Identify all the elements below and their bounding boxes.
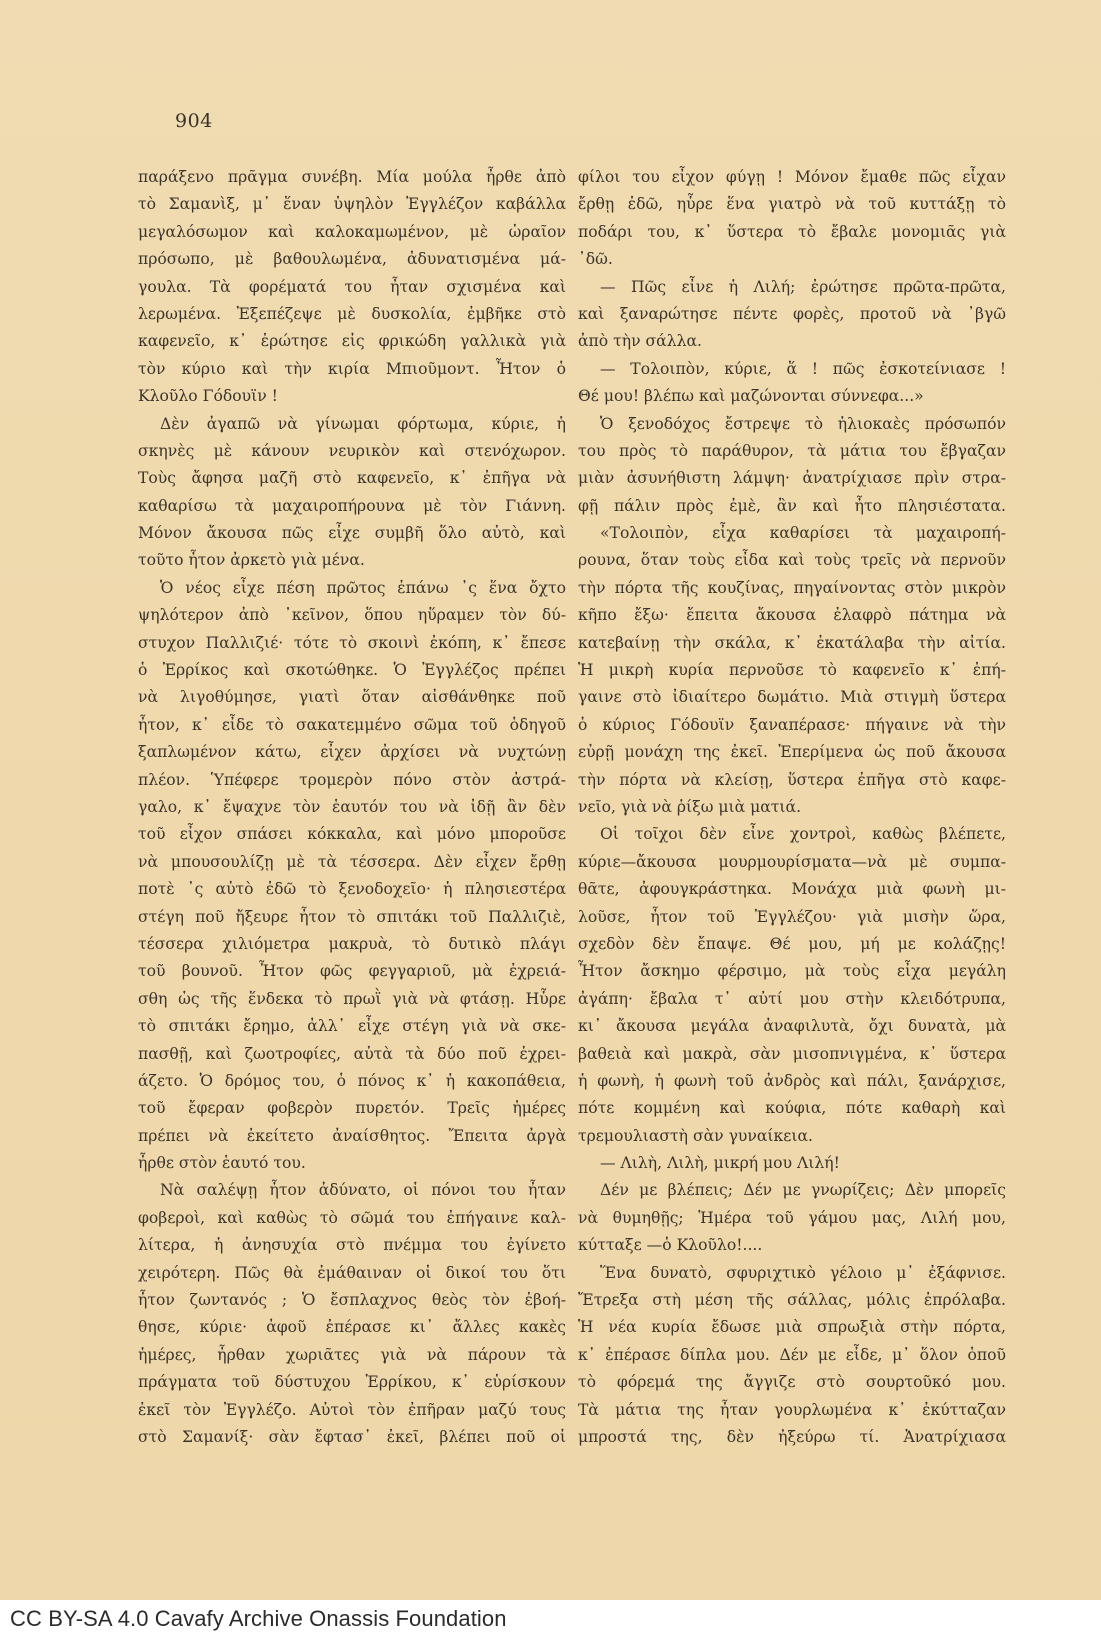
text-line: Δὲν ἀγαπῶ νὰ γίνωμαι φόρτωμα, κύριε, ἡ [138,411,566,438]
text-line: λοῦσε, ἦτον τοῦ Ἐγγλέζου· γιὰ μισὴν ὥρα, [578,904,1006,931]
text-line: πρέπει νὰ ἐκείτετο ἀναίσθητος. Ἔπειτα ἀρ… [138,1123,566,1150]
text-line: Ἕνα δυνατὸ, σφυριχτικὸ γέλοιο μ᾽ ἐξάφνισ… [578,1260,1006,1287]
text-line: τὸν κύριο καὶ τὴν κιρία Μπιοῦμοντ. Ἦτον … [138,356,566,383]
text-line: ἀπὸ τὴν σάλλα. [578,328,1006,355]
text-line: μπροστά της, δὲν ἠξεύρω τί. Ἀνατρίχιασα [578,1424,1006,1451]
page-number: 904 [175,110,213,132]
text-line: γαλο, κ᾽ ἔψαχνε τὸν ἑαυτόν του νὰ ἰδῇ ἂν… [138,794,566,821]
text-line: πασθῇ, καὶ ζωοτροφίες, αὐτὰ τὰ δύο ποῦ ἐ… [138,1041,566,1068]
text-line: Τὰ μάτια της ἦταν γουρλωμένα κ᾽ ἐκύτταζα… [578,1397,1006,1424]
text-line: — Τολοιπὸν, κύριε, ἅ ! πῶς ἐσκοτείνιασε … [578,356,1006,383]
text-line: φοβεροὶ, καὶ καθὼς τὸ σῶμά του ἐπήγαινε … [138,1205,566,1232]
text-line: του πρὸς τὸ παράθυρον, τὰ μάτια του ἔβγα… [578,438,1006,465]
text-line: γαινε στὸ ἰδιαίτερο δωμάτιο. Μιὰ στιγμὴ … [578,684,1006,711]
text-line: μιὰν ἀσυνήθιστη λάμψη· ἀνατρίχιασε πρὶν … [578,465,1006,492]
text-line: Τοὺς ἄφησα μαζῆ στὸ καφενεῖο, κ᾽ ἐπῆγα ν… [138,465,566,492]
text-line: λίτερα, ἡ ἀνησυχία στὸ πνέμμα του ἐγίνετ… [138,1232,566,1259]
right-column: φίλοι του εἶχον φύγῃ ! Μόνον ἔμαθε πῶς ε… [578,164,1006,1451]
text-line: Μόνον ἄκουσα πῶς εἶχε συμβῆ ὅλο αὐτὸ, κα… [138,520,566,547]
text-line: σχεδὸν δὲν ἔπαψε. Θέ μου, μή με κολάζῃς! [578,931,1006,958]
text-line: ξαπλωμένον κάτω, εἶχεν ἀρχίσει νὰ νυχτών… [138,739,566,766]
text-line: ρουνα, ὅταν τοὺς εἶδα καὶ τοὺς τρεῖς νὰ … [578,547,1006,574]
text-line: βαθειὰ καὶ μακρὰ, σὰν μισοπνιγμένα, κ᾽ ὕ… [578,1041,1006,1068]
text-line: γουλα. Τὰ φορέματά του ἦταν σχισμένα καὶ [138,274,566,301]
text-line: τὴν πόρτα νὰ κλείσῃ, ὕστερα ἐπῆγα στὸ κα… [578,767,1006,794]
text-line: λερωμένα. Ἐξεπέζεψε μὲ δυσκολία, ἐμβῆκε … [138,301,566,328]
text-line: σκηνὲς μὲ κάνουν νευρικὸν καὶ στενόχωρον… [138,438,566,465]
text-line: Κλοῦλο Γόδουϊν ! [138,383,566,410]
text-line: ἡμέρες, ἦρθαν χωριᾶτες γιὰ νὰ πάρουν τὰ [138,1342,566,1369]
text-line: τοῦ βουνοῦ. Ἦτον φῶς φεγγαριοῦ, μὰ ἐχρει… [138,958,566,985]
text-line: κατεβαίνῃ τὴν σκάλα, κ᾽ ἐκατάλαβα τὴν αἰ… [578,630,1006,657]
text-line: νεῖο, γιὰ νὰ ῥίξω μιὰ ματιά. [578,794,1006,821]
text-line: Ὁ ξενοδόχος ἔστρεψε τὸ ἡλιοκαὲς πρόσωπόν [578,411,1006,438]
left-column: παράξενο πρᾶγμα συνέβη. Μία μούλα ἦρθε ἀ… [138,164,566,1451]
license-credit: CC BY-SA 4.0 Cavafy Archive Onassis Foun… [10,1606,507,1632]
text-line: Ἡ νέα κυρία ἔδωσε μιὰ σπρωξιὰ στὴν πόρτα… [578,1314,1006,1341]
text-line: — Λιλὴ, Λιλὴ, μικρή μου Λιλή! [578,1150,1006,1177]
text-line: χειρότερη. Πῶς θὰ ἐμάθαιναν οἱ δικοί του… [138,1260,566,1287]
text-line: ἀγάπη· ἔβαλα τ᾽ αὐτί μου στὴν κλειδότρυπ… [578,986,1006,1013]
text-line: φίλοι του εἶχον φύγῃ ! Μόνον ἔμαθε πῶς ε… [578,164,1006,191]
text-line: ὁ κύριος Γόδουϊν ξαναπέρασε· πήγαινε νὰ … [578,712,1006,739]
text-line: πρόσωπο, μὲ βαθουλωμένα, ἀδυνατισμένα μά… [138,246,566,273]
text-line: νὰ λιγοθύμησε, γιατὶ ὅταν αἰσθάνθηκε ποῦ [138,684,566,711]
text-line: κύτταξε —ὁ Κλοῦλο!.... [578,1232,1006,1259]
text-line: κῆπο ἔξω· ἔπειτα ἄκουσα ἐλαφρὸ πάτημα νὰ [578,602,1006,629]
text-line: κι᾽ ἄκουσα μεγάλα ἀναφιλυτὰ, ὄχι δυνατὰ,… [578,1013,1006,1040]
text-line: νὰ μπουσουλίζῃ μὲ τὰ τέσσερα. Δὲν εἶχεν … [138,849,566,876]
text-line: τοῦτο ἦτον ἀρκετὸ γιὰ μένα. [138,547,566,574]
text-line: Ὁ νέος εἶχε πέση πρῶτος ἐπάνω ᾽ς ἕνα ὄχτ… [138,575,566,602]
text-line: εὑρῇ μονάχη της ἐκεῖ. Ἐπερίμενα ὡς ποῦ ἄ… [578,739,1006,766]
text-line: τὸ Σαμανὶξ, μ᾽ ἕναν ὑψηλὸν Ἐγγλέζον καβά… [138,191,566,218]
text-line: τρεμουλιαστὴ σὰν γυναίκεια. [578,1123,1006,1150]
text-line: στέγη ποῦ ἤξευρε ἦτον τὸ σπιτάκι τοῦ Παλ… [138,904,566,931]
text-line: Οἱ τοῖχοι δὲν εἶνε χοντροὶ, καθὼς βλέπετ… [578,821,1006,848]
text-line: Ἡ μικρὴ κυρία περνοῦσε τὸ καφενεῖο κ᾽ ἐπ… [578,657,1006,684]
text-line: στυχον Παλλιζιέ· τότε τὸ σκοινὶ ἐκόπη, κ… [138,630,566,657]
text-line: πλέον. Ὑπέφερε τρομερὸν πόνο στὸν ἀστρά- [138,767,566,794]
text-line: παράξενο πρᾶγμα συνέβη. Μία μούλα ἦρθε ἀ… [138,164,566,191]
text-line: ποδάρι του, κ᾽ ὕστερα τὸ ἔβαλε μονομιᾶς … [578,219,1006,246]
text-line: Ἦτον ἄσκημο φέρσιμο, μὰ τοὺς εἶχα μεγάλη [578,958,1006,985]
text-line: ἦρθε στὸν ἑαυτό του. [138,1150,566,1177]
text-line: Νὰ σαλέψῃ ἦτον ἀδύνατο, οἱ πόνοι του ἦτα… [138,1177,566,1204]
text-line: θᾶτε, ἀφουγκράστηκα. Μονάχα μιὰ φωνὴ μι- [578,876,1006,903]
text-line: κύριε—ἄκουσα μουρμουρίσματα—νὰ μὲ συμπα- [578,849,1006,876]
text-line: ἐκεῖ τὸν Ἐγγλέζο. Αὐτοὶ τὸν ἐπῆραν μαζύ … [138,1397,566,1424]
text-line: ἔρθῃ ἐδῶ, ηὗρε ἕνα γιατρὸ νὰ τοῦ κυττάξῃ… [578,191,1006,218]
text-line: τὸ φόρεμά της ἄγγιζε στὸ σουρτοῦκό μου. [578,1369,1006,1396]
text-line: Θέ μου! βλέπω καὶ μαζώνονται σύννεφα...» [578,383,1006,410]
text-line: καθαρίσω τὰ μαχαιροπήρουνα μὲ τὸν Γιάννη… [138,493,566,520]
text-line: φῇ πάλιν πρὸς ἐμὲ, ἂν καὶ ἦτο πλησιέστατ… [578,493,1006,520]
text-line: στὸ Σαμανίξ· σὰν ἔφτασ᾽ ἐκεῖ, βλέπει ποῦ… [138,1424,566,1451]
text-line: σθη ὡς τῆς ἕνδεκα τὸ πρωῒ γιὰ νὰ φτάσῃ. … [138,986,566,1013]
text-line: τὴν πόρτα τῆς κουζίνας, πηγαίνοντας στὸν… [578,575,1006,602]
text-line: ψηλότερον ἀπὸ ᾽κεῖνον, ὅπου ηὕραμεν τὸν … [138,602,566,629]
text-line: κ᾽ ἐπέρασε δίπλα μου. Δέν με εἶδε, μ᾽ ὅλ… [578,1342,1006,1369]
text-line: τὸ σπιτάκι ἔρημο, ἀλλ᾽ εἶχε στέγη γιὰ νὰ… [138,1013,566,1040]
text-line: Δέν με βλέπεις; Δέν με γνωρίζεις; Δὲν μπ… [578,1177,1006,1204]
text-line: τοῦ εἶχον σπάσει κόκκαλα, καὶ μόνο μπορο… [138,821,566,848]
text-line: νὰ θυμηθῇς; Ἡμέρα τοῦ γάμου μας, Λιλή μο… [578,1205,1006,1232]
text-line: ἦτον ζωντανός ; Ὁ ἔσπλαχνος θεὸς τὸν ἐβο… [138,1287,566,1314]
text-line: καὶ ξαναρώτησε πέντε φορὲς, προτοῦ νὰ ᾽β… [578,301,1006,328]
text-line: ἦτον, κ᾽ εἶδε τὸ σακατεμμένο σῶμα τοῦ ὁδ… [138,712,566,739]
text-line: πότε κομμένη καὶ κούφια, πότε καθαρὴ καὶ [578,1095,1006,1122]
text-line: καφενεῖο, κ᾽ ἐρώτησε εἰς φρικώδη γαλλικὰ… [138,328,566,355]
text-line: «Τολοιπὸν, εἶχα καθαρίσει τὰ μαχαιροπή- [578,520,1006,547]
text-line: μεγαλόσωμον καὶ καλοκαμωμένον, μὲ ὡραῖον [138,219,566,246]
text-line: ᾽δῶ. [578,246,1006,273]
text-line: θησε, κύριε· ἀφοῦ ἐπέρασε κι᾽ ἄλλες κακὲ… [138,1314,566,1341]
text-line: ὁ Ἐρρίκος καὶ σκοτώθηκε. Ὁ Ἐγγλέζος πρέπ… [138,657,566,684]
text-line: τοῦ ἔφεραν φοβερὸν πυρετόν. Τρεῖς ἡμέρες [138,1095,566,1122]
text-line: πράγματα τοῦ δύστυχου Ἐρρίκου, κ᾽ εὑρίσκ… [138,1369,566,1396]
text-line: άζετο. Ὁ δρόμος του, ὁ πόνος κ᾽ ἡ κακοπά… [138,1068,566,1095]
text-line: ἡ φωνὴ, ἡ φωνὴ τοῦ ἀνδρὸς καὶ πάλι, ξανά… [578,1068,1006,1095]
text-line: Ἔτρεξα στὴ μέση τῆς σάλλας, μόλις ἐπρόλα… [578,1287,1006,1314]
text-line: ποτὲ ᾽ς αὐτὸ ἐδῶ τὸ ξενοδοχεῖο· ἡ πλησιε… [138,876,566,903]
text-line: τέσσερα χιλιόμετρα μακρυὰ, τὸ δυτικὸ πλά… [138,931,566,958]
text-line: — Πῶς εἶνε ἡ Λιλή; ἐρώτησε πρῶτα-πρῶτα, [578,274,1006,301]
scanned-page: 904 παράξενο πρᾶγμα συνέβη. Μία μούλα ἦρ… [0,0,1101,1600]
